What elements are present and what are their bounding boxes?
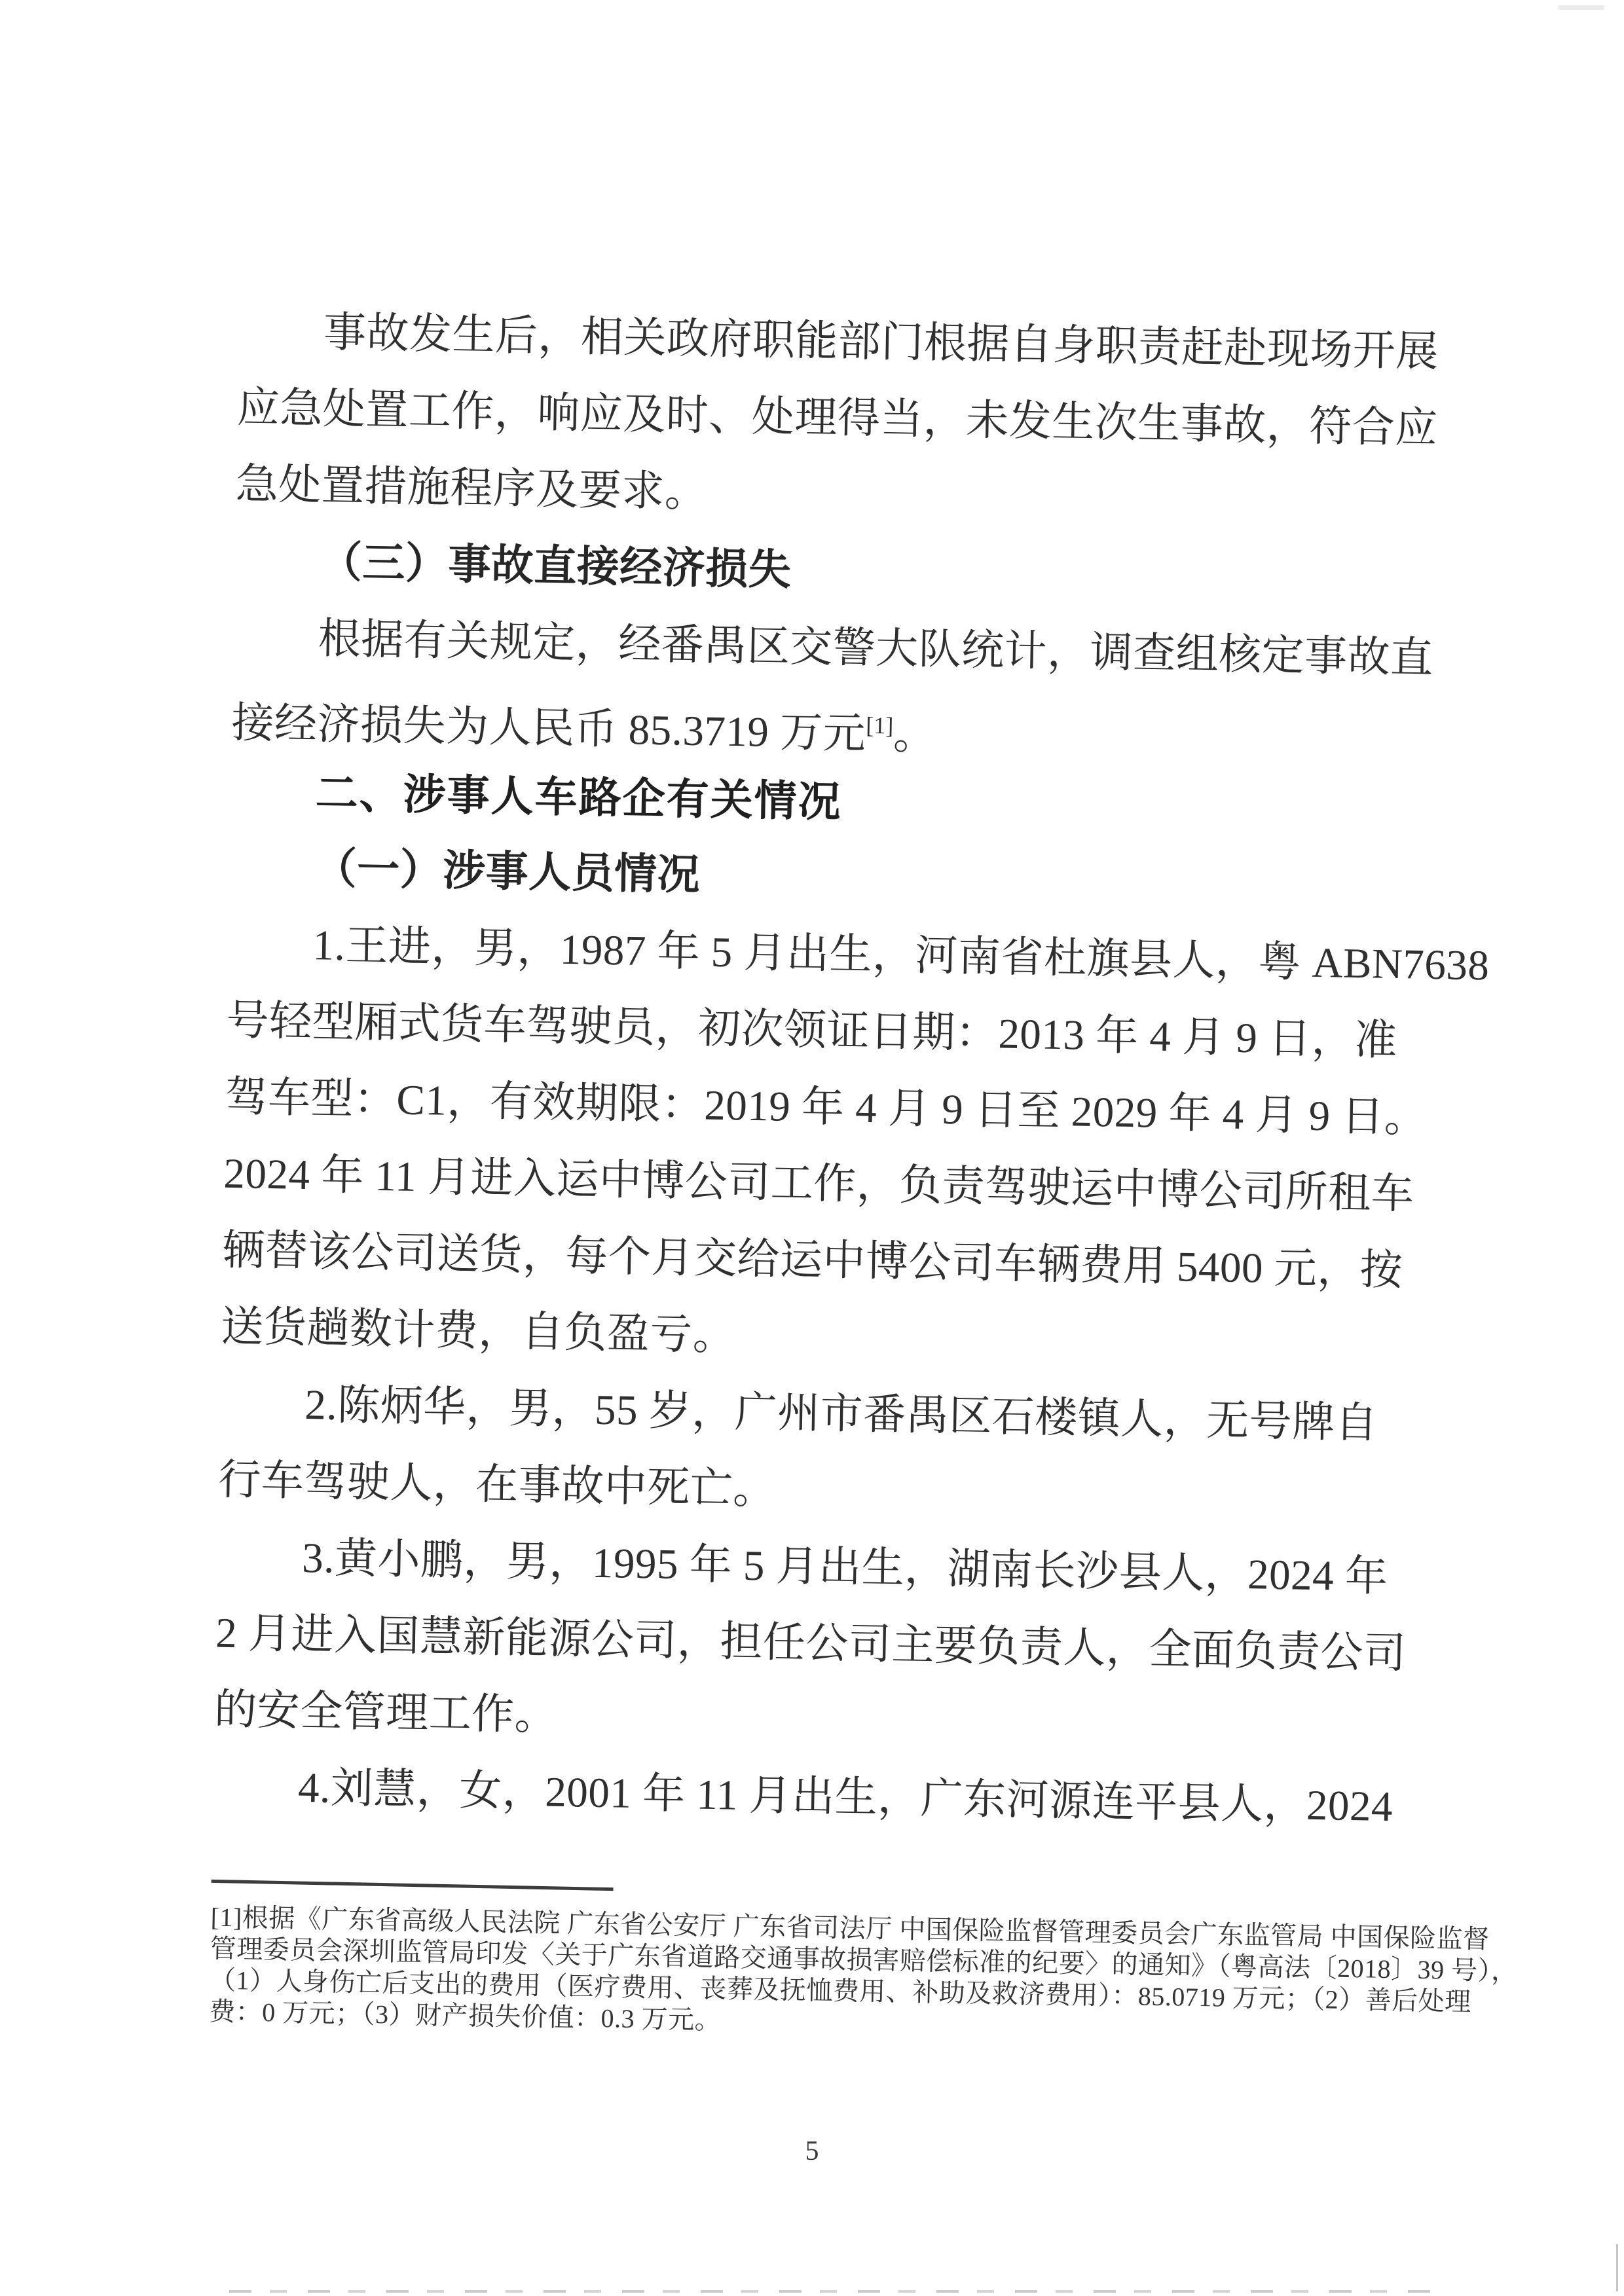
sentence-end: 。 [893, 711, 937, 759]
scan-artifact-top-right [1559, 5, 1604, 10]
scanned-document-page: 事故发生后，相关政府职能部门根据自身职责赶赴现场开展 应急处置工作，响应及时、处… [0, 0, 1624, 2296]
footnote-marker-1: [1] [866, 712, 894, 739]
scan-artifact-bottom-edge [229, 2290, 1447, 2293]
document-body: 事故发生后，相关政府职能部门根据自身职责赶赴现场开展 应急处置工作，响应及时、处… [209, 293, 1444, 2049]
page-number: 5 [779, 2136, 845, 2167]
footnote-separator-rule [212, 1880, 614, 1891]
scan-artifact-right-edge [1616, 2244, 1618, 2291]
footnote-block: [1]根据《广东省高级人民法院 广东省公安厅 广东省司法厅 中国保险监督管理委员… [209, 1880, 1416, 2049]
loss-amount-text: 接经济损失为人民币 85.3719 万元 [231, 700, 866, 758]
